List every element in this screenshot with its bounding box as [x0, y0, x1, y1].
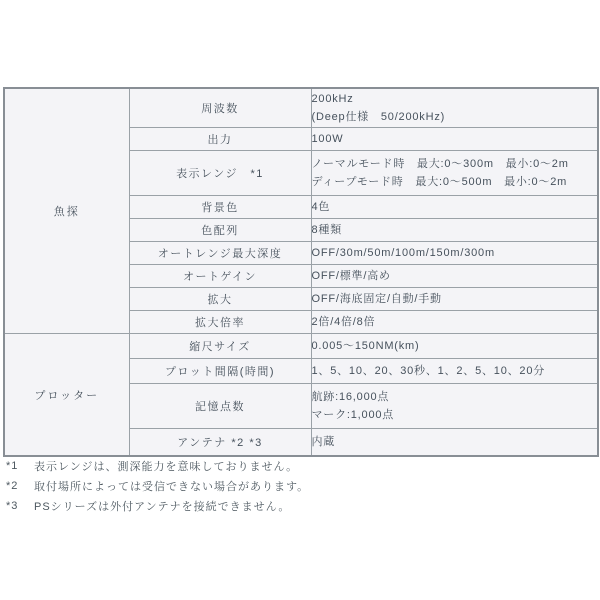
spec-value-line: OFF/30m/50m/100m/150m/300m: [312, 244, 598, 262]
footnote-marker: *1: [6, 460, 34, 472]
footnote-text: PSシリーズは外付アンテナを接続できません。: [34, 498, 290, 514]
spec-value: OFF/30m/50m/100m/150m/300m: [311, 242, 598, 265]
spec-label: オートレンジ最大深度: [129, 242, 311, 265]
spec-value: 1、5、10、20、30秒、1、2、5、10、20分: [311, 359, 598, 384]
spec-label: 周波数: [129, 88, 311, 128]
footnotes: *1 表示レンジは、測深能力を意味しておりません。 *2 取付場所によっては受信…: [6, 456, 309, 516]
spec-label: オートゲイン: [129, 265, 311, 288]
spec-label: 記憶点数: [129, 384, 311, 429]
spec-value-line: 4色: [312, 198, 598, 216]
spec-value: 8種類: [311, 219, 598, 242]
spec-value: OFF/海底固定/自動/手動: [311, 288, 598, 311]
spec-value-line: 2倍/4倍/8倍: [312, 313, 598, 331]
spec-value: 200kHz (Deep仕様 50/200kHz): [311, 88, 598, 128]
footnote-text: 取付場所によっては受信できない場合があります。: [34, 478, 309, 494]
spec-value: 4色: [311, 196, 598, 219]
spec-value-line: 1、5、10、20、30秒、1、2、5、10、20分: [312, 362, 598, 380]
spec-value-line: 航跡:16,000点: [312, 388, 598, 406]
spec-label: 表示レンジ *1: [129, 151, 311, 196]
table-row-scale-size: プロッター 縮尺サイズ 0.005〜150NM(km): [4, 334, 598, 359]
spec-table: 魚探 周波数 200kHz (Deep仕様 50/200kHz) 出力 100W…: [3, 87, 599, 457]
spec-value: 2倍/4倍/8倍: [311, 311, 598, 334]
group-cell-fish-finder: 魚探: [4, 88, 129, 334]
spec-label: 出力: [129, 128, 311, 151]
spec-label: 縮尺サイズ: [129, 334, 311, 359]
spec-value-line: (Deep仕様 50/200kHz): [312, 108, 598, 126]
spec-value-line: ノーマルモード時 最大:0〜300m 最小:0〜2m: [312, 155, 598, 173]
spec-value-line: 100W: [312, 130, 598, 148]
spec-value: 内蔵: [311, 429, 598, 457]
footnote-1: *1 表示レンジは、測深能力を意味しておりません。: [6, 456, 309, 476]
footnote-text: 表示レンジは、測深能力を意味しておりません。: [34, 458, 298, 474]
spec-value: 100W: [311, 128, 598, 151]
spec-value: OFF/標準/高め: [311, 265, 598, 288]
spec-value-line: OFF/標準/高め: [312, 267, 598, 285]
spec-value-line: 8種類: [312, 221, 598, 239]
spec-label: 拡大倍率: [129, 311, 311, 334]
footnote-2: *2 取付場所によっては受信できない場合があります。: [6, 476, 309, 496]
spec-label: 背景色: [129, 196, 311, 219]
spec-value-line: OFF/海底固定/自動/手動: [312, 290, 598, 308]
group-cell-plotter: プロッター: [4, 334, 129, 457]
spec-value-line: マーク:1,000点: [312, 406, 598, 424]
footnote-marker: *2: [6, 480, 34, 492]
spec-value: 航跡:16,000点 マーク:1,000点: [311, 384, 598, 429]
spec-label: 色配列: [129, 219, 311, 242]
table-row-frequency: 魚探 周波数 200kHz (Deep仕様 50/200kHz): [4, 88, 598, 128]
footnote-marker: *3: [6, 500, 34, 512]
footnote-3: *3 PSシリーズは外付アンテナを接続できません。: [6, 496, 309, 516]
spec-value-line: 200kHz: [312, 90, 598, 108]
spec-value: ノーマルモード時 最大:0〜300m 最小:0〜2m ディープモード時 最大:0…: [311, 151, 598, 196]
spec-value: 0.005〜150NM(km): [311, 334, 598, 359]
spec-value-line: ディープモード時 最大:0〜500m 最小:0〜2m: [312, 173, 598, 191]
spec-label: プロット間隔(時間): [129, 359, 311, 384]
spec-label: 拡大: [129, 288, 311, 311]
page: 魚探 周波数 200kHz (Deep仕様 50/200kHz) 出力 100W…: [0, 0, 600, 600]
spec-label: アンテナ *2 *3: [129, 429, 311, 457]
spec-value-line: 0.005〜150NM(km): [312, 337, 598, 355]
spec-value-line: 内蔵: [312, 433, 598, 451]
